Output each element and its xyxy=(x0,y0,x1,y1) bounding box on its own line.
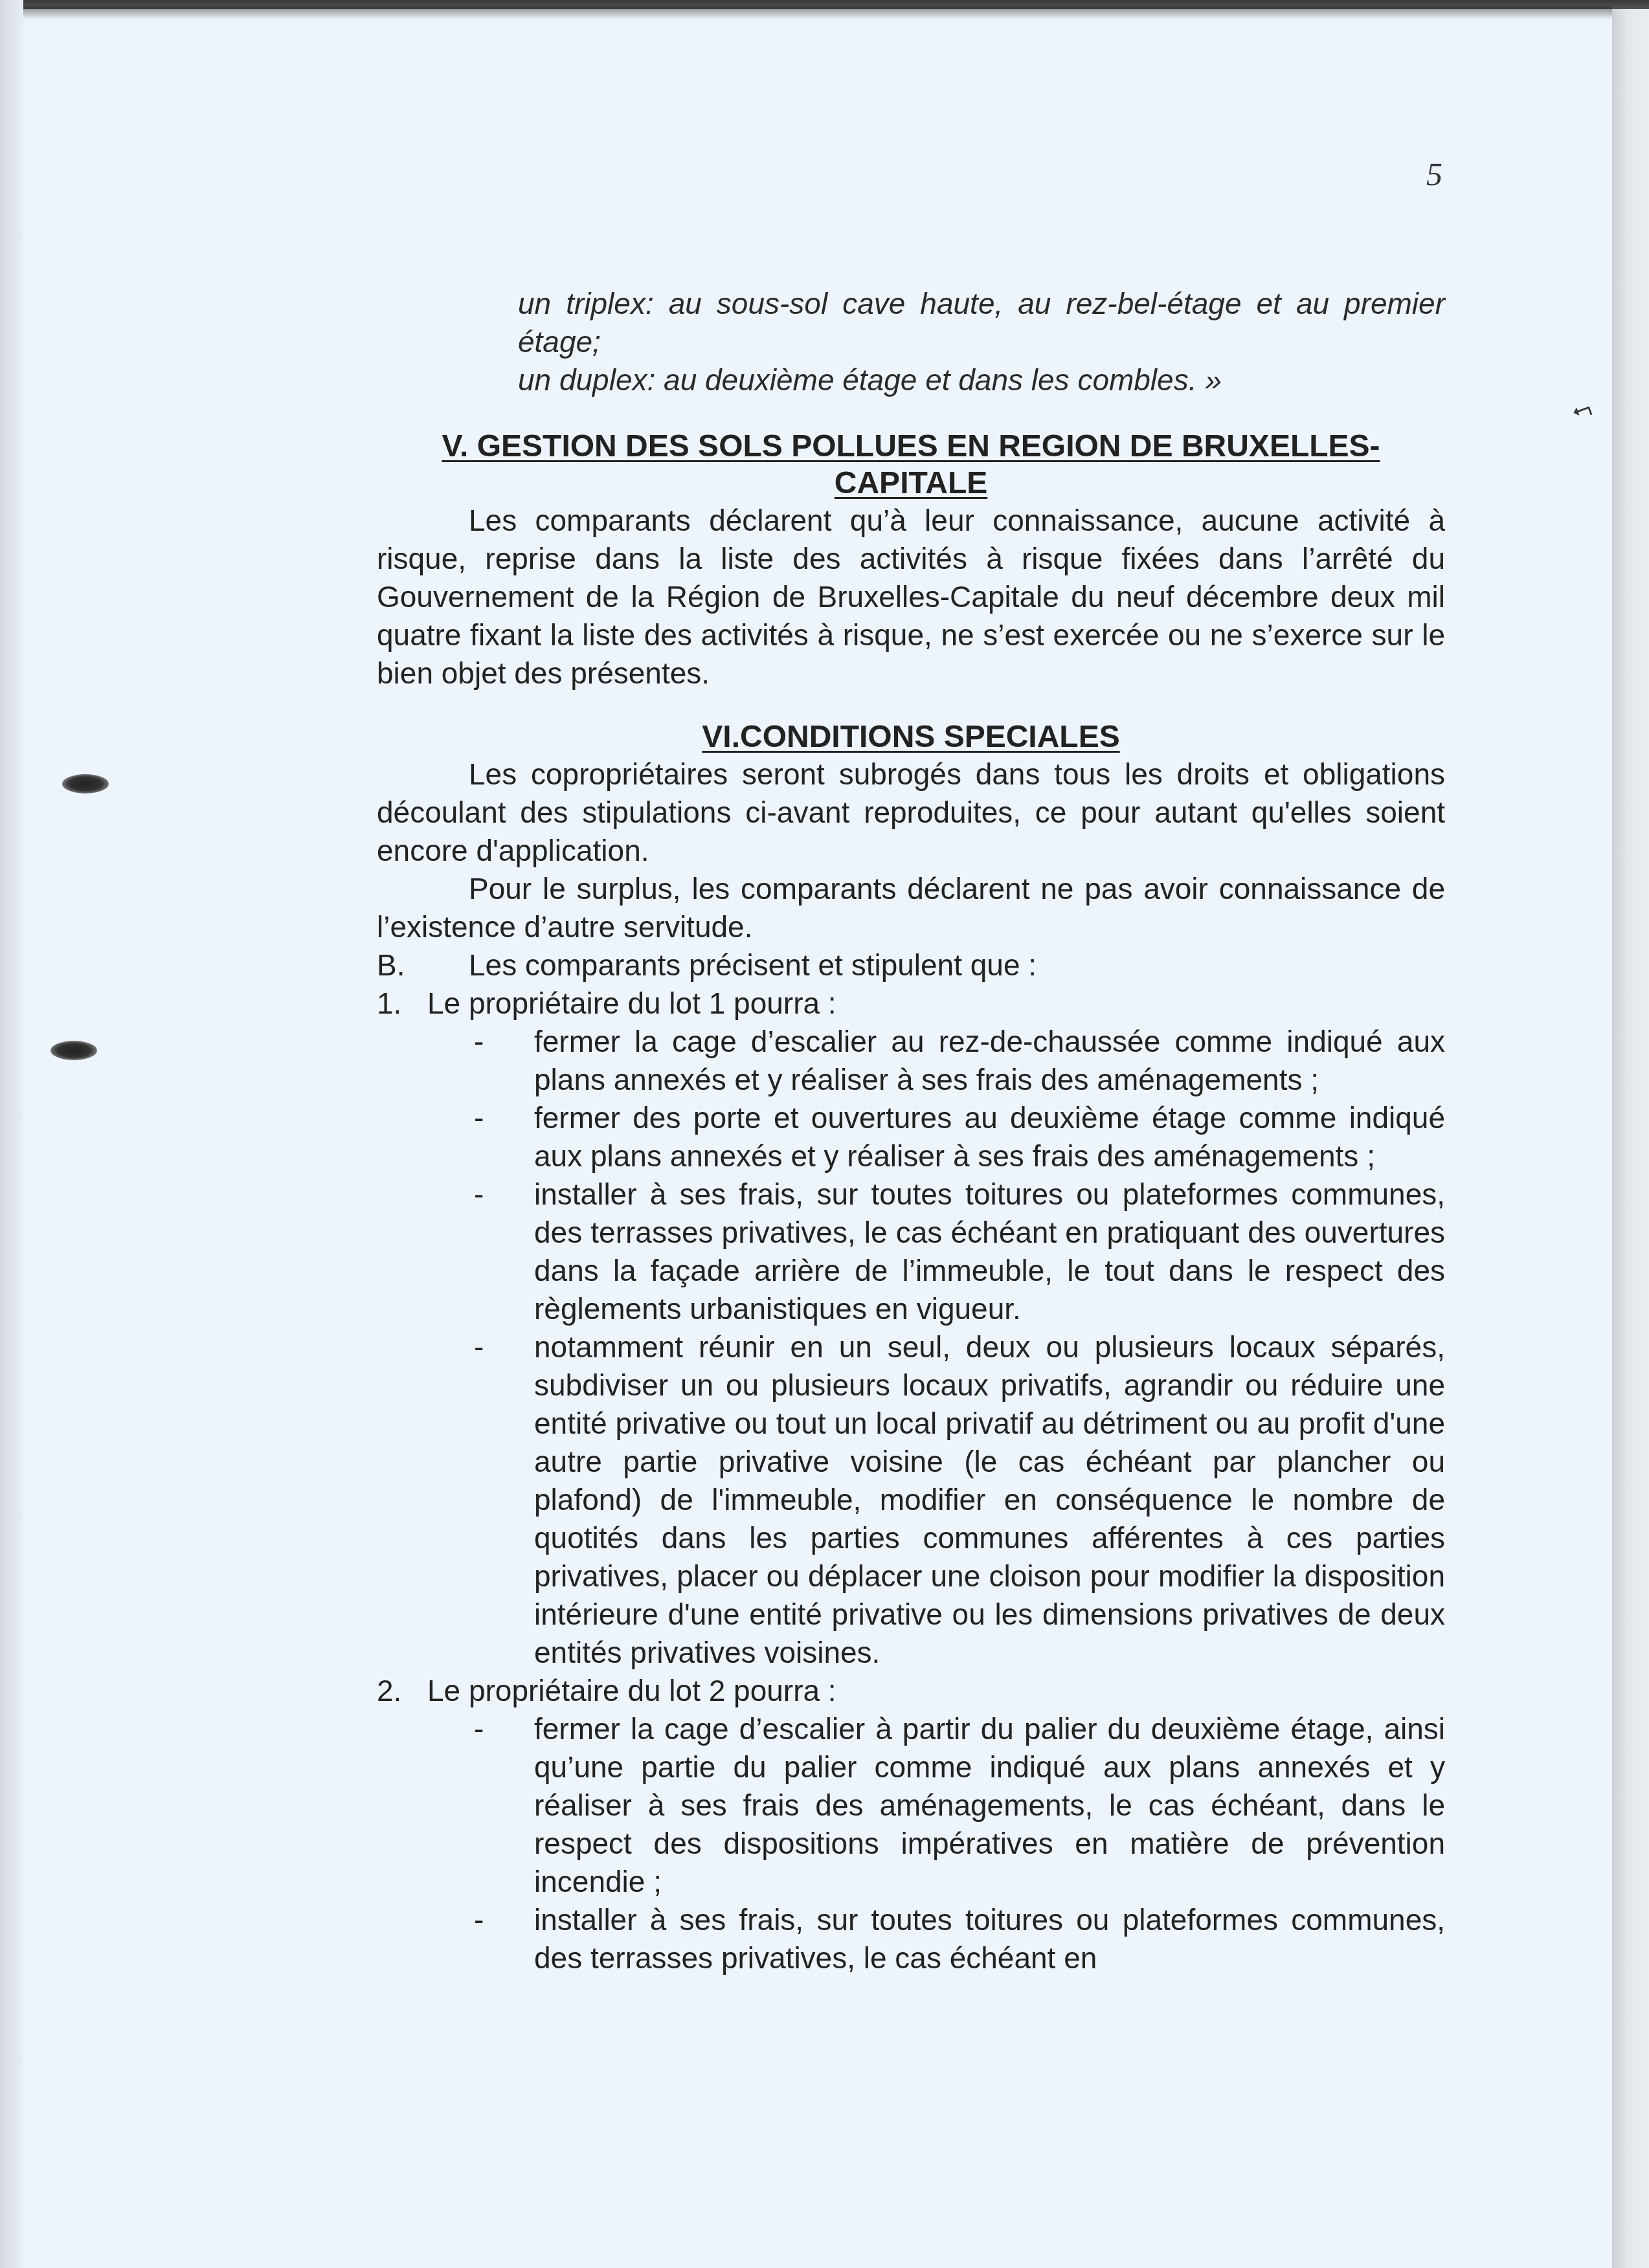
list-item: notamment réunir en un seul, deux ou plu… xyxy=(534,1328,1445,1672)
page-left-edge xyxy=(0,0,23,2268)
section-vi-heading: VI.CONDITIONS SPECIALES xyxy=(377,718,1445,755)
section-vi-paragraph-1: Les copropriétaires seront subrogés dans… xyxy=(377,755,1445,870)
lot-1: 1. Le propriétaire du lot 1 pourra : fer… xyxy=(377,984,1445,1672)
clause-b-text: Les comparants précisent et stipulent qu… xyxy=(469,946,1037,984)
list-item: fermer la cage d’escalier à partir du pa… xyxy=(534,1710,1445,1901)
lot-1-title: Le propriétaire du lot 1 pourra : xyxy=(427,984,836,1023)
lot-2-title: Le propriétaire du lot 2 pourra : xyxy=(427,1672,836,1710)
lot-1-number: 1. xyxy=(377,984,427,1023)
intro-line-duplex: un duplex: au deuxième étage et dans les… xyxy=(518,361,1445,399)
section-v-paragraph: Les comparants déclarent qu’à leur conna… xyxy=(377,502,1445,693)
section-v-heading: V. GESTION DES SOLS POLLUES EN REGION DE… xyxy=(377,428,1445,502)
document-body: un triplex: au sous-sol cave haute, au r… xyxy=(377,285,1445,1977)
clause-b: B. Les comparants précisent et stipulent… xyxy=(377,946,1445,984)
scanner-right-edge xyxy=(1612,9,1649,2268)
punch-hole-bottom xyxy=(50,1041,97,1060)
punch-hole-top xyxy=(62,774,109,794)
intro-quote: un triplex: au sous-sol cave haute, au r… xyxy=(377,285,1445,399)
ink-mark: ⮢ xyxy=(1568,392,1595,425)
clause-b-label: B. xyxy=(377,946,469,984)
intro-line-triplex: un triplex: au sous-sol cave haute, au r… xyxy=(518,285,1445,361)
lot-1-items: fermer la cage d’escalier au rez-de-chau… xyxy=(377,1023,1445,1672)
page-number: 5 xyxy=(1426,155,1442,193)
list-item: installer à ses frais, sur toutes toitur… xyxy=(534,1901,1445,1977)
lot-2-number: 2. xyxy=(377,1672,427,1710)
lot-2-items: fermer la cage d’escalier à partir du pa… xyxy=(377,1710,1445,1977)
page-top-shadow xyxy=(19,6,1612,19)
list-item: installer à ses frais, sur toutes toitur… xyxy=(534,1175,1445,1328)
list-item: fermer la cage d’escalier au rez-de-chau… xyxy=(534,1023,1445,1099)
section-vi-paragraph-2: Pour le surplus, les comparants déclaren… xyxy=(377,870,1445,946)
lot-2: 2. Le propriétaire du lot 2 pourra : fer… xyxy=(377,1672,1445,1977)
list-item: fermer des porte et ouvertures au deuxiè… xyxy=(534,1099,1445,1175)
